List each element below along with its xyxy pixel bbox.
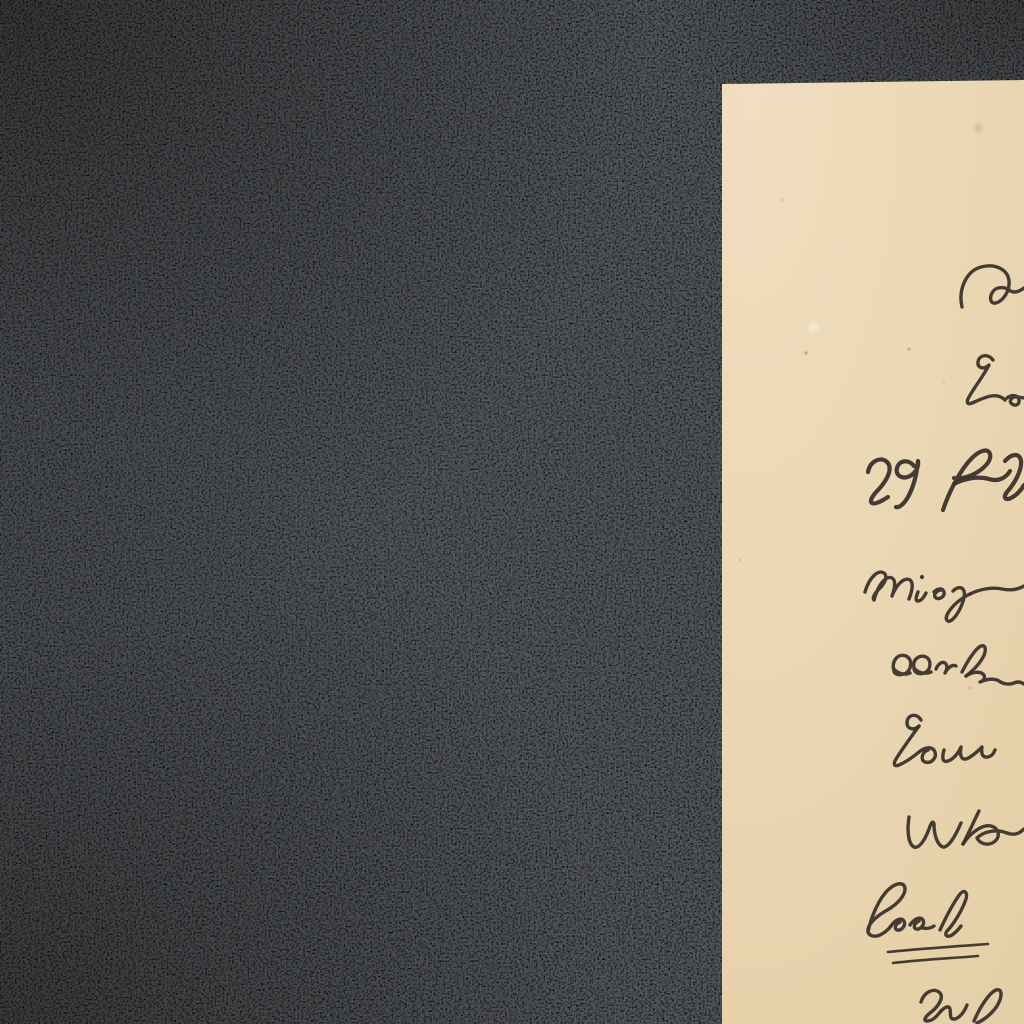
handwriting-line-1	[961, 266, 1024, 307]
handwriting-line-3	[868, 451, 1024, 510]
handwriting-line-2	[967, 356, 1024, 405]
handwriting-line-9	[921, 990, 1001, 1023]
handwriting-line-5	[893, 646, 1024, 684]
paper-sheet	[722, 80, 1024, 1024]
handwriting-line-6	[894, 715, 995, 765]
handwriting-line-8	[868, 884, 967, 936]
handwriting-double-underline	[888, 944, 988, 963]
handwriting-line-7	[908, 811, 1024, 847]
handwriting-line-4	[865, 572, 1024, 621]
photo	[0, 0, 1024, 1024]
handwriting	[722, 80, 1024, 1024]
